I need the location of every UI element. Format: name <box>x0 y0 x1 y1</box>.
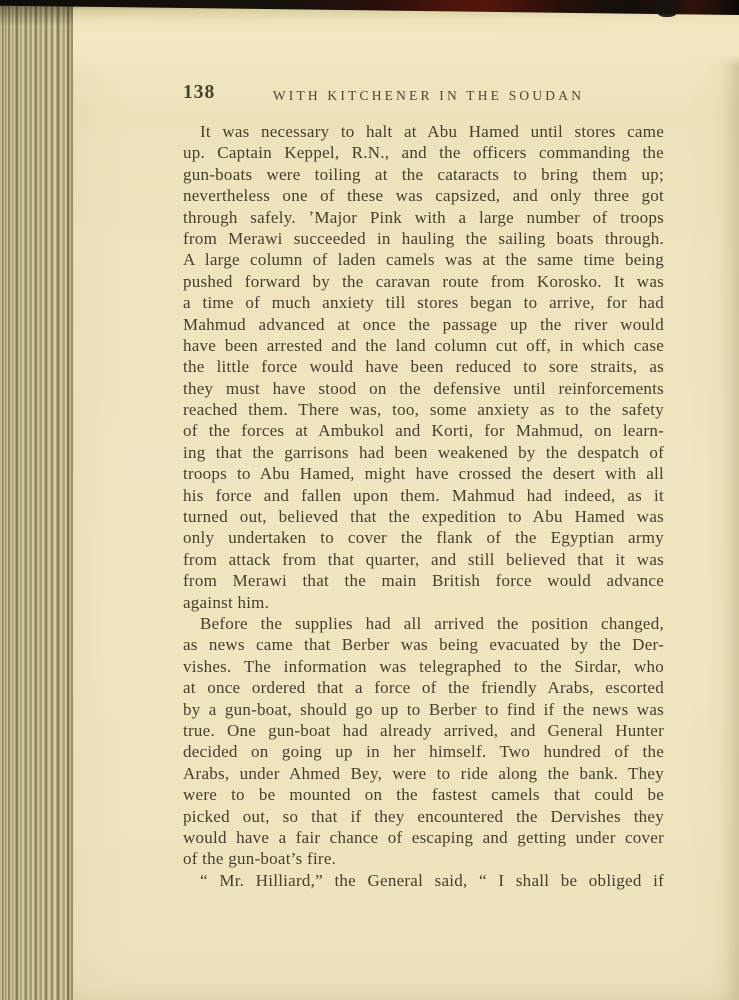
text-line: Arabs, under Ahmed Bey, were to ride alo… <box>183 763 664 784</box>
text-line: his force and fallen upon them. Mahmud h… <box>183 485 664 506</box>
text-block: It was necessary to halt at Abu Hamed un… <box>183 121 664 891</box>
text-line: turned out, believed that the expedition… <box>183 506 664 527</box>
text-line: decided on going up in her himself. Two … <box>183 741 664 762</box>
paragraph: “ Mr. Hilliard,” the General said, “ I s… <box>183 870 664 891</box>
text-line: troops to Abu Hamed, might have crossed … <box>183 463 664 484</box>
text-line: true. One gun-boat had already arrived, … <box>183 720 664 741</box>
text-line: from Merawi succeeded in hauling the sai… <box>183 228 664 249</box>
text-line: nevertheless one of these was capsized, … <box>183 185 664 206</box>
text-line: A large column of laden camels was at th… <box>183 249 664 270</box>
text-line: they must have stood on the defensive un… <box>183 378 664 399</box>
stacked-page-edges <box>0 0 73 1000</box>
text-line: vishes. The information was telegraphed … <box>183 656 664 677</box>
text-line: It was necessary to halt at Abu Hamed un… <box>183 121 664 142</box>
text-line: Mahmud advanced at once the passage up t… <box>183 314 664 335</box>
text-line: the little force would have been reduced… <box>183 356 664 377</box>
text-line: pushed forward by the caravan route from… <box>183 271 664 292</box>
text-line: by a gun-boat, should go up to Berber to… <box>183 699 664 720</box>
paragraph: Before the supplies had all arrived the … <box>183 613 664 870</box>
book-page-scan: 138 WITH KITCHENER IN THE SOUDAN It was … <box>0 0 739 1000</box>
text-line: up. Captain Keppel, R.N., and the office… <box>183 142 664 163</box>
text-line: from attack from that quarter, and still… <box>183 549 664 570</box>
page: 138 WITH KITCHENER IN THE SOUDAN It was … <box>73 0 739 1000</box>
text-line: from Merawi that the main British force … <box>183 570 664 591</box>
text-line: Before the supplies had all arrived the … <box>183 613 664 634</box>
text-line: at once ordered that a force of the frie… <box>183 677 664 698</box>
text-line: only undertaken to cover the flank of th… <box>183 527 664 548</box>
paragraph: It was necessary to halt at Abu Hamed un… <box>183 121 664 613</box>
running-title: WITH KITCHENER IN THE SOUDAN <box>183 88 664 104</box>
text-line: have been arrested and the land column c… <box>183 335 664 356</box>
text-line: would have a fair chance of escaping and… <box>183 827 664 848</box>
text-line: a time of much anxiety till stores began… <box>183 292 664 313</box>
text-line: as news came that Berber was being evacu… <box>183 634 664 655</box>
text-line: reached them. There was, too, some anxie… <box>183 399 664 420</box>
text-line: of the gun-boat’s fire. <box>183 848 664 869</box>
text-line: through safely. ʼMajor Pink with a large… <box>183 207 664 228</box>
text-line: against him. <box>183 592 664 613</box>
text-line: of the forces at Ambukol and Korti, for … <box>183 420 664 441</box>
text-line: ing that the garrisons had been weakened… <box>183 442 664 463</box>
text-line: picked out, so that if they encountered … <box>183 806 664 827</box>
text-line: “ Mr. Hilliard,” the General said, “ I s… <box>183 870 664 891</box>
text-line: were to be mounted on the fastest camels… <box>183 784 664 805</box>
text-line: gun-boats were toiling at the cataracts … <box>183 164 664 185</box>
